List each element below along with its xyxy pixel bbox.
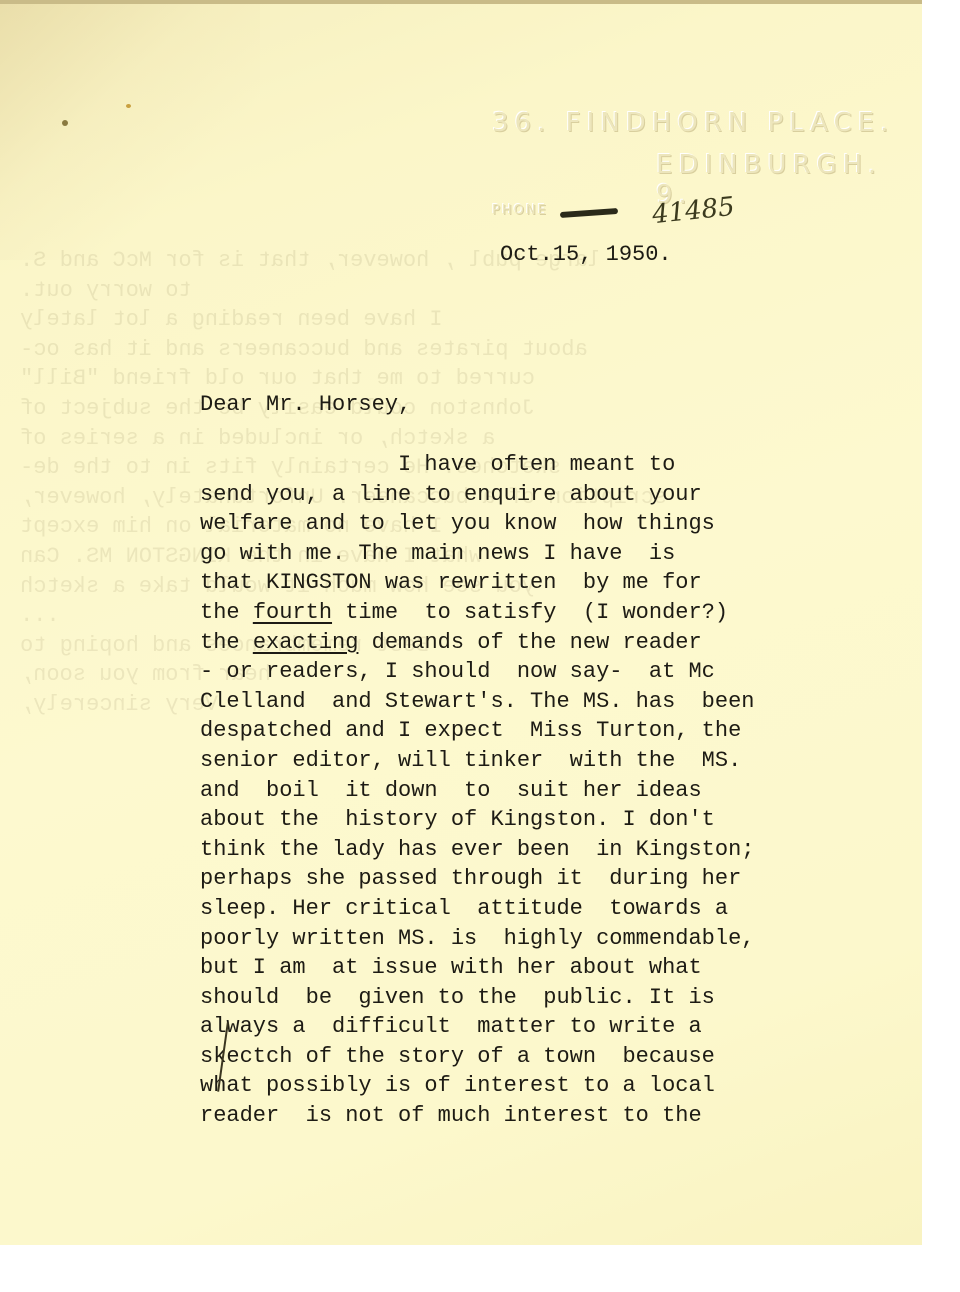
letter-body-line: welfare and to let you know how things — [200, 511, 755, 541]
letter-body-line: and boil it down to suit her ideas — [200, 778, 755, 808]
letter-body-line: sleep. Her critical attitude towards a — [200, 896, 755, 926]
letter-body-line: the exacting demands of the new reader — [200, 630, 755, 660]
letter-body-line: Clelland and Stewart's. The MS. has been — [200, 689, 755, 719]
letter-body-line: perhaps she passed through it during her — [200, 866, 755, 896]
letter-body-line: but I am at issue with her about what — [200, 955, 755, 985]
letter-body-line: think the lady has ever been in Kingston… — [200, 837, 755, 867]
letter-body-line: skectch of the story of a town because — [200, 1044, 755, 1074]
letter-body-line: always a difficult matter to write a — [200, 1014, 755, 1044]
letter-date: Oct.15, 1950. — [500, 244, 672, 266]
letter-body-line: what possibly is of interest to a local — [200, 1073, 755, 1103]
underlined-word: fourth — [253, 600, 332, 625]
staple-hole-mark — [62, 120, 68, 126]
letter-body-line: that KINGSTON was rewritten by me for — [200, 570, 755, 600]
struck-phone-number — [560, 208, 618, 218]
letter-body: I have often meant tosend you, a line to… — [200, 452, 755, 1133]
letter-page: large publ , however, that is for McC an… — [0, 0, 922, 1245]
paper-top-edge — [0, 0, 922, 4]
letterhead-phone-label: PHONE — [492, 203, 548, 218]
letter-body-line: I have often meant to — [200, 452, 755, 482]
letter-body-line: go with me. The main news I have is — [200, 541, 755, 571]
letter-body-line: send you, a line to enquire about your — [200, 482, 755, 512]
letter-body-line: despatched and I expect Miss Turton, the — [200, 718, 755, 748]
letter-body-line: - or readers, I should now say- at Mc — [200, 659, 755, 689]
letter-body-line: about the history of Kingston. I don't — [200, 807, 755, 837]
letter-body-line: poorly written MS. is highly commendable… — [200, 926, 755, 956]
letter-body-line: should be given to the public. It is — [200, 985, 755, 1015]
rust-spot — [126, 104, 131, 108]
letterhead-address-line1: 36. FINDHORN PLACE. — [492, 108, 894, 138]
underlined-word: exacting — [253, 630, 359, 655]
letter-body-line: senior editor, will tinker with the MS. — [200, 748, 755, 778]
salutation: Dear Mr. Horsey, — [200, 394, 411, 416]
letter-body-line: the fourth time to satisfy (I wonder?) — [200, 600, 755, 630]
letter-body-line: reader is not of much interest to the — [200, 1103, 755, 1133]
